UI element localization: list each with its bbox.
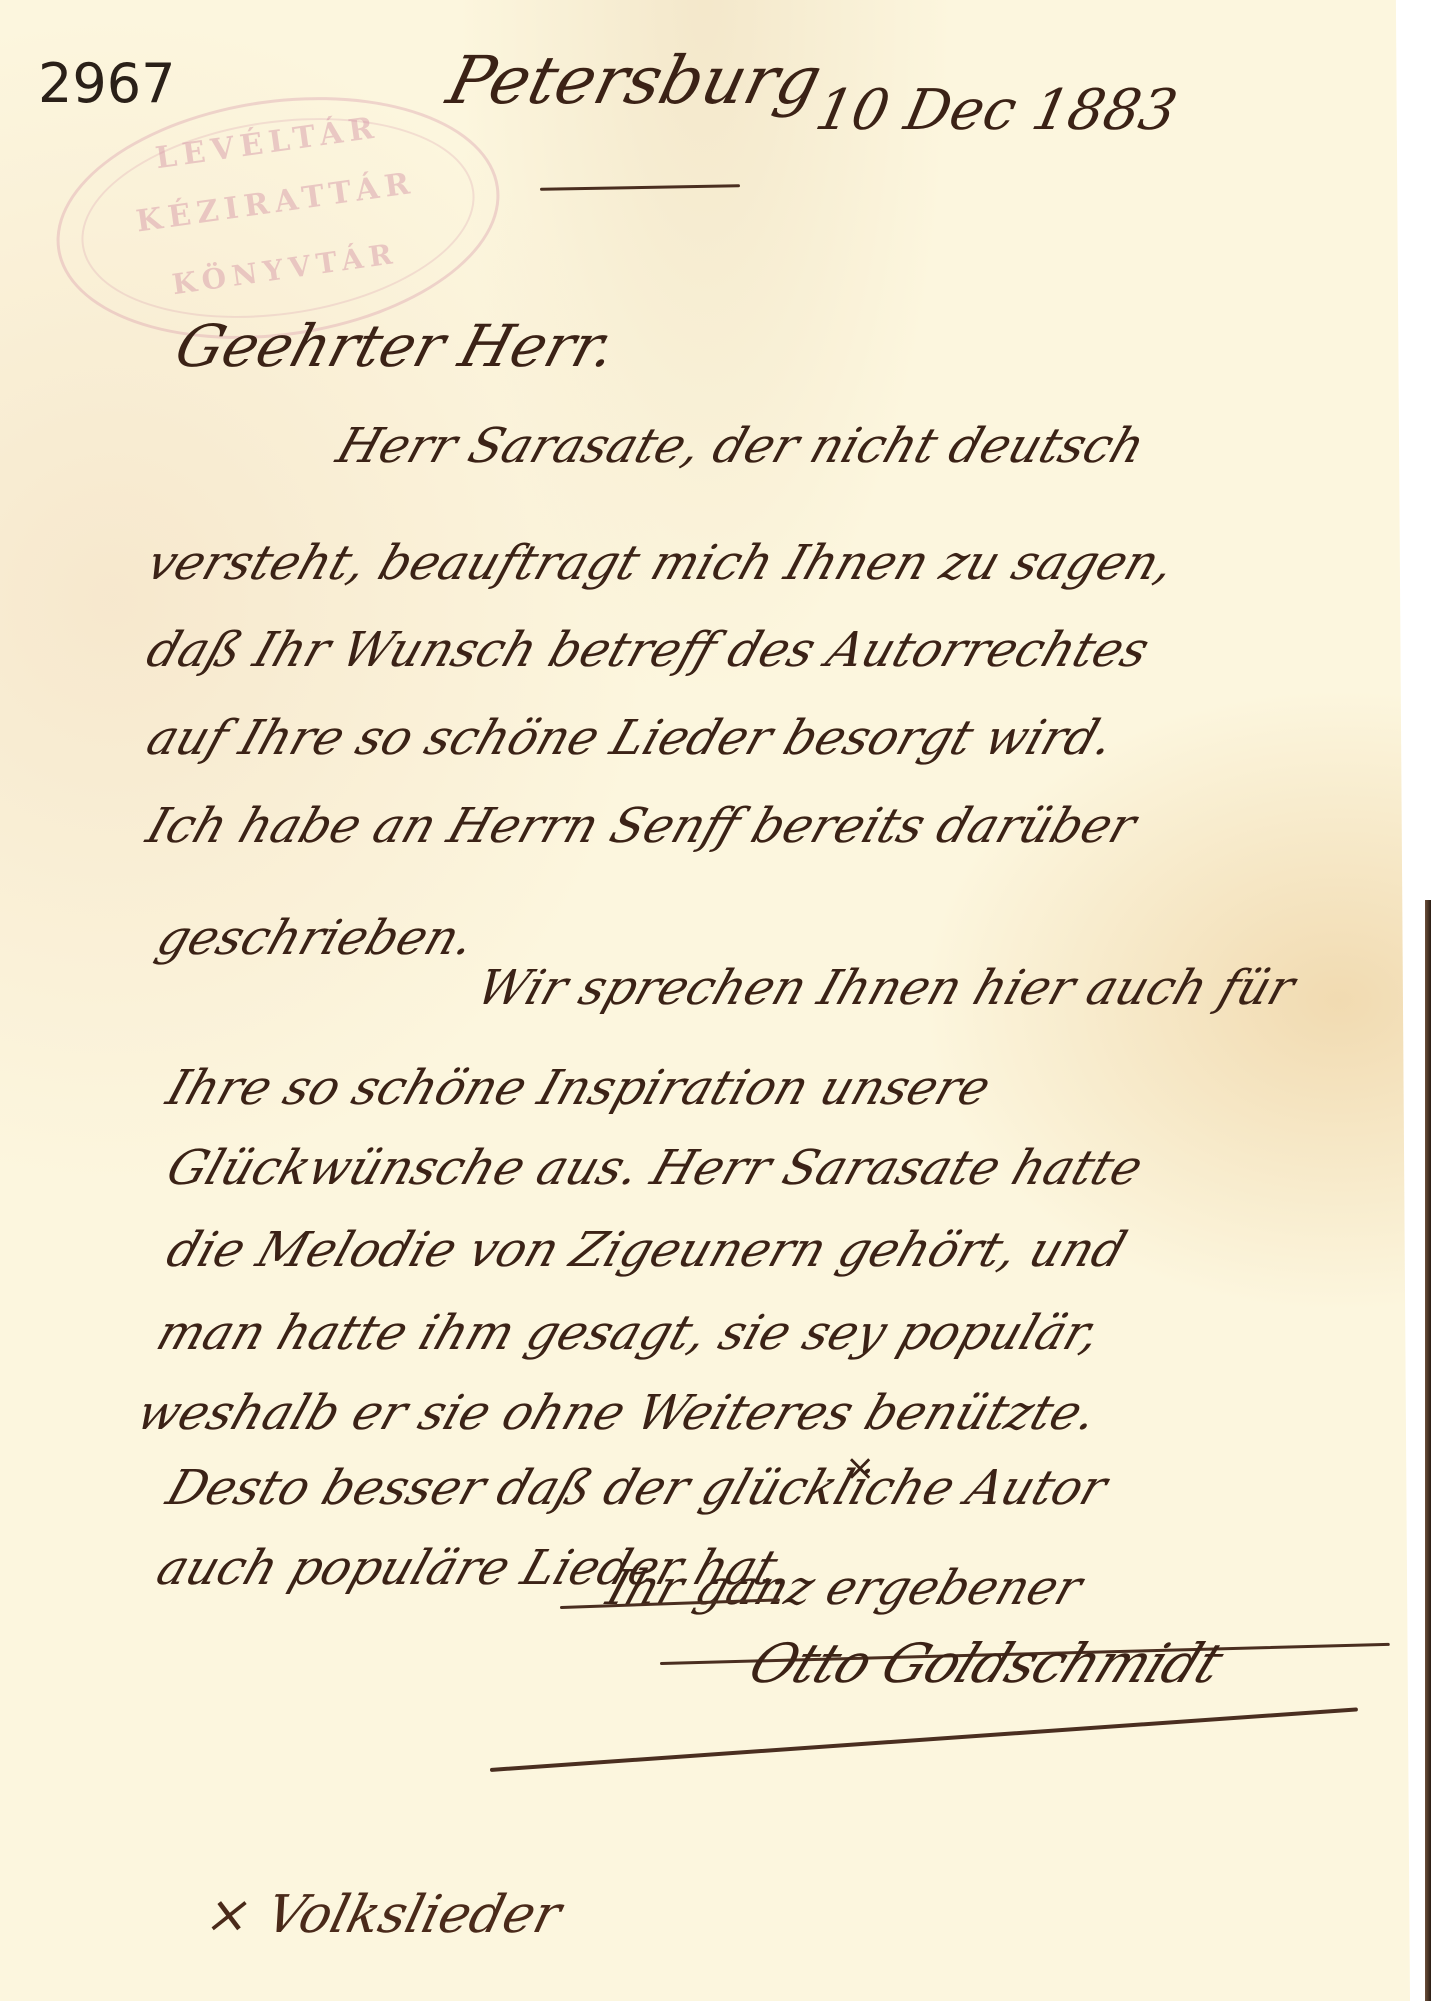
dateline-date: 10 Dec 1883 [810,78,1183,143]
body-line-7: Wir sprechen Ihnen hier auch für [470,960,1302,1016]
body-line-10: die Melodie von Zigeunern gehört, und [160,1222,1133,1278]
salutation: Geehrter Herr. [168,312,624,380]
body-line-5: Ich habe an Herrn Senff bereits darüber [140,798,1143,854]
body-line-11: man hatte ihm gesagt, sie sey populär, [150,1305,1107,1361]
body-line-6: geschrieben. [150,910,482,966]
body-line-8: Ihre so schöne Inspiration unsere [160,1060,997,1116]
dateline-place: Petersburg [440,42,829,119]
signature: Otto Goldschmidt [740,1632,1232,1695]
footnote-marker: × [845,1448,875,1489]
body-line-2: versteht, beauftragt mich Ihnen zu sagen… [140,535,1182,591]
catalog-number: 2967 [38,52,175,115]
body-line-1: Herr Sarasate, der nicht deutsch [330,418,1152,474]
body-line-3: daß Ihr Wunsch betreff des Autorrechtes [140,622,1156,678]
body-line-9: Glückwünsche aus. Herr Sarasate hatte [160,1140,1150,1196]
body-line-12: weshalb er sie ohne Weiteres benützte. [130,1385,1104,1441]
body-line-4: auf Ihre so schöne Lieder besorgt wird. [140,710,1121,766]
paper-edge-shadow [1425,900,1431,2001]
body-line-13: Desto besser daß der glückliche Autor [160,1460,1114,1516]
footnote: × Volkslieder [200,1885,567,1945]
closing: Ihr ganz ergebener [600,1560,1089,1616]
